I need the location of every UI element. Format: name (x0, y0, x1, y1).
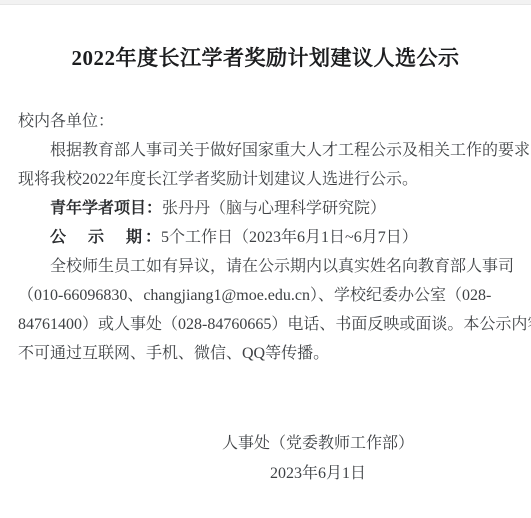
body-line: 根据教育部人事司关于做好国家重大人才工程公示及相关工作的要求， (18, 136, 518, 165)
body-lines: 根据教育部人事司关于做好国家重大人才工程公示及相关工作的要求，现将我校2022年… (18, 136, 518, 368)
body-line: 现将我校2022年度长江学者奖励计划建议人选进行公示。 (18, 165, 518, 194)
body-line-label: 公 示 期 (50, 229, 145, 246)
body-line-text: 全校师生员工如有异议，请在公示期内以真实姓名向教育部人事司 (50, 258, 514, 275)
signature-department: 人事处（党委教师工作部） (168, 429, 468, 459)
salutation-text: 校内各单位： (18, 113, 114, 130)
body-line-label: ： (145, 229, 161, 246)
body-line-text: 84761400）或人事处（028-84760665）电话、书面反映或面谈。本公… (18, 316, 531, 333)
document-page: 2022年度长江学者奖励计划建议人选公示 校内各单位： 根据教育部人事司关于做好… (0, 0, 531, 518)
body-line-text: 根据教育部人事司关于做好国家重大人才工程公示及相关工作的要求， (50, 142, 531, 159)
signature-date: 2023年6月1日 (168, 459, 468, 489)
page-top-strip (0, 0, 531, 5)
body-line-text: 不可通过互联网、手机、微信、QQ等传播。 (18, 345, 329, 362)
body-line: 全校师生员工如有异议，请在公示期内以真实姓名向教育部人事司 (18, 252, 518, 281)
body-line-text: 5个工作日（2023年6月1日~6月7日） (161, 229, 418, 246)
body-line: 不可通过互联网、手机、微信、QQ等传播。 (18, 339, 518, 368)
signature-block: 人事处（党委教师工作部） 2023年6月1日 (168, 429, 468, 489)
body-line-text: （010-66096830、changjiang1@moe.edu.cn）、学校… (18, 287, 491, 304)
body-line: （010-66096830、changjiang1@moe.edu.cn）、学校… (18, 281, 518, 310)
body-line: 84761400）或人事处（028-84760665）电话、书面反映或面谈。本公… (18, 310, 518, 339)
page-title: 2022年度长江学者奖励计划建议人选公示 (0, 42, 531, 74)
body-line-label: 青年学者项目： (50, 200, 162, 217)
body-line: 公 示 期：5个工作日（2023年6月1日~6月7日） (18, 223, 518, 252)
document-body: 校内各单位： 根据教育部人事司关于做好国家重大人才工程公示及相关工作的要求，现将… (18, 107, 518, 368)
salutation-line: 校内各单位： (18, 107, 518, 136)
body-line-text: 张丹丹（脑与心理科学研究院） (162, 200, 386, 217)
body-line-text: 现将我校2022年度长江学者奖励计划建议人选进行公示。 (18, 171, 418, 188)
body-line: 青年学者项目：张丹丹（脑与心理科学研究院） (18, 194, 518, 223)
